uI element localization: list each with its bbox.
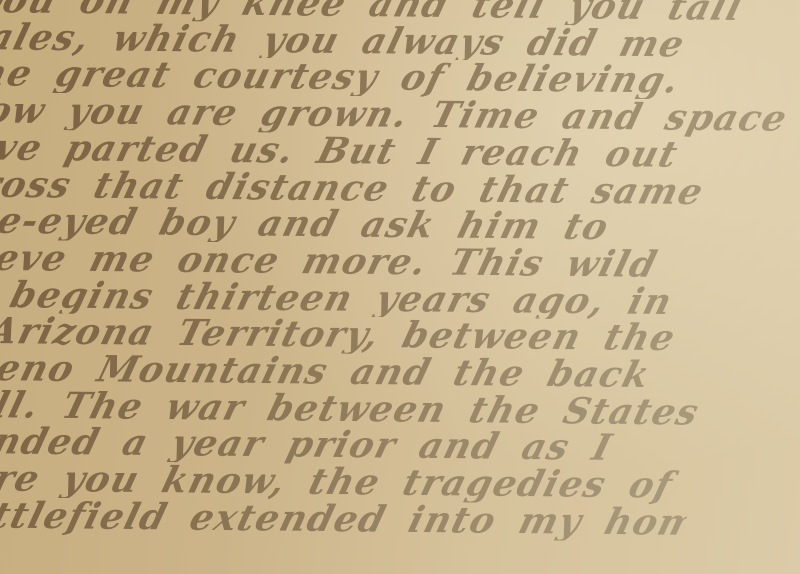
- letter-line: the battlefield extended into my home: [0, 496, 690, 541]
- handwritten-letter: you on my knee and tell you tall tales, …: [0, 0, 800, 541]
